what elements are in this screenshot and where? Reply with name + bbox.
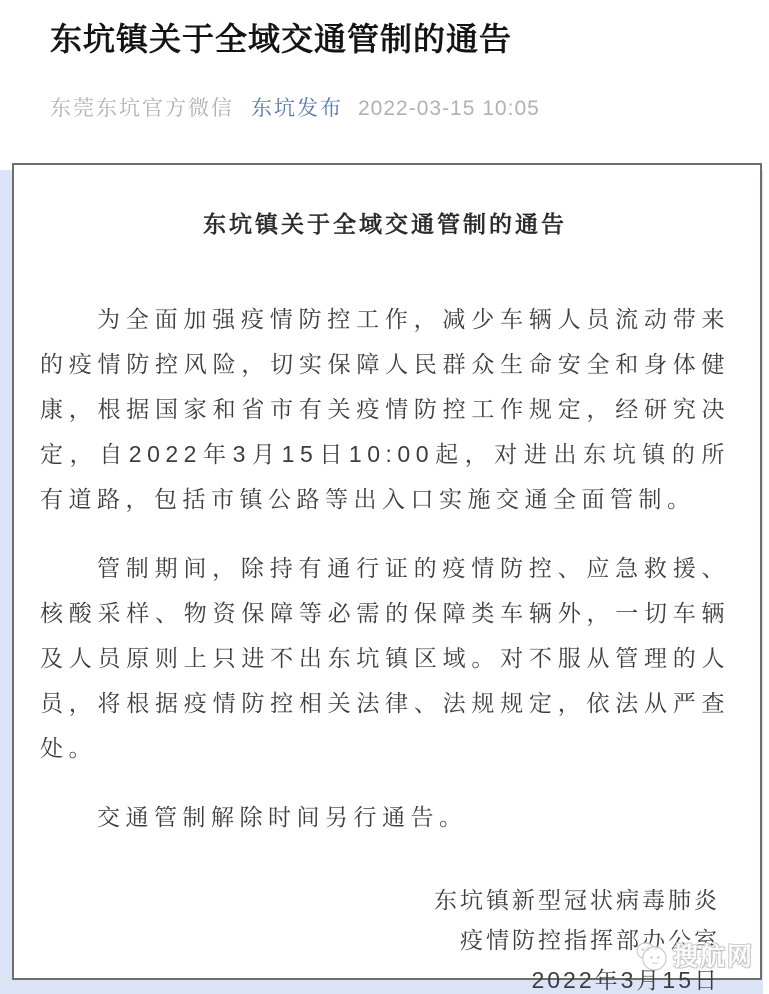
source-link[interactable]: 东坑发布 [251, 97, 343, 120]
notice-paragraph: 交通管制解除时间另行通告。 [40, 795, 730, 840]
article-meta: 东莞东坑官方微信东坑发布2022-03-15 10:05 [50, 92, 540, 122]
notice-paragraph: 为全面加强疫情防控工作，减少车辆人员流动带来的疫情防控风险，切实保障人民群众生命… [40, 297, 730, 522]
notice-body: 为全面加强疫情防控工作，减少车辆人员流动带来的疫情防控风险，切实保障人民群众生命… [40, 297, 730, 840]
account-name: 东莞东坑官方微信 [50, 97, 234, 120]
article-title: 东坑镇关于全域交通管制的通告 [50, 20, 750, 58]
signature-line: 东坑镇新型冠状病毒肺炎 [40, 880, 720, 920]
notice-signature: 东坑镇新型冠状病毒肺炎 疫情防控指挥部办公室 2022年3月15日 [40, 880, 730, 994]
notice-paragraph: 管制期间，除持有通行证的疫情防控、应急救援、核酸采样、物资保障等必需的保障类车辆… [40, 546, 730, 771]
notice-box: 东坑镇关于全域交通管制的通告 为全面加强疫情防控工作，减少车辆人员流动带来的疫情… [12, 163, 762, 980]
signature-line: 2022年3月15日 [40, 960, 720, 994]
notice-heading: 东坑镇关于全域交通管制的通告 [40, 209, 730, 239]
publish-time: 2022-03-15 10:05 [358, 97, 540, 120]
article-header: 东坑镇关于全域交通管制的通告 [50, 20, 750, 58]
signature-line: 疫情防控指挥部办公室 [40, 920, 720, 960]
